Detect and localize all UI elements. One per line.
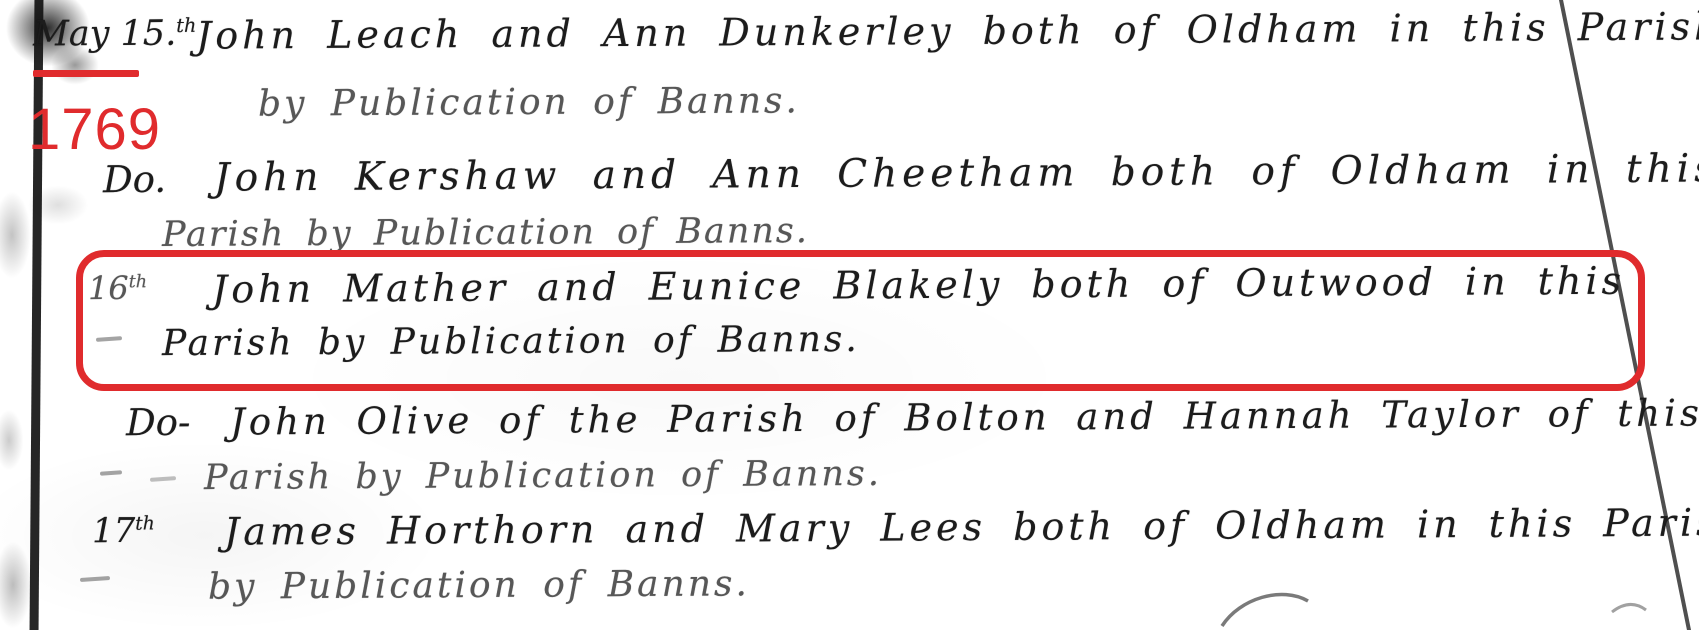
entry-5-date: 17th: [92, 511, 155, 551]
register-page-scan: { "document": { "kind": "Scanned handwri…: [0, 0, 1699, 630]
left-margin-rule: [34, 0, 39, 630]
entry-1-date-text: May 15.: [33, 14, 177, 55]
highlight-box-annotation: [76, 250, 1645, 391]
ditto-dash: [100, 470, 122, 476]
entry-1-date: May 15.th: [33, 14, 197, 55]
entry-2-line-2: Parish by Publication of Banns.: [162, 211, 809, 255]
date-underline-annotation: [33, 70, 139, 77]
entry-4-date: Do-: [126, 401, 191, 444]
entry-4-date-text: Do-: [126, 401, 191, 444]
entry-2-date: Do.: [103, 158, 166, 201]
entry-2-line-1: John Kershaw and Ann Cheetham both of Ol…: [214, 146, 1699, 200]
ditto-dash: [80, 576, 110, 582]
year-annotation: 1769: [28, 96, 161, 163]
ink-flourish: [1612, 604, 1646, 612]
entry-5-line-1: James Horthorn and Mary Lees both of Old…: [224, 500, 1699, 553]
ditto-dash: [150, 476, 176, 482]
ink-flourish: [1222, 594, 1308, 626]
entry-5-date-superscript: th: [135, 513, 155, 534]
entry-4-line-1: John Olive of the Parish of Bolton and H…: [230, 392, 1699, 444]
entry-1-line-2: by Publication of Banns.: [258, 80, 800, 124]
entry-5-line-2: by Publication of Banns.: [208, 563, 750, 607]
entry-2-date-text: Do.: [103, 158, 166, 201]
entry-4-line-2: Parish by Publication of Banns.: [204, 454, 882, 498]
entry-5-date-text: 17: [92, 511, 136, 551]
entry-1-line-1: John Leach and Ann Dunkerley both of Old…: [196, 4, 1699, 57]
entry-1-date-superscript: th: [176, 14, 196, 37]
